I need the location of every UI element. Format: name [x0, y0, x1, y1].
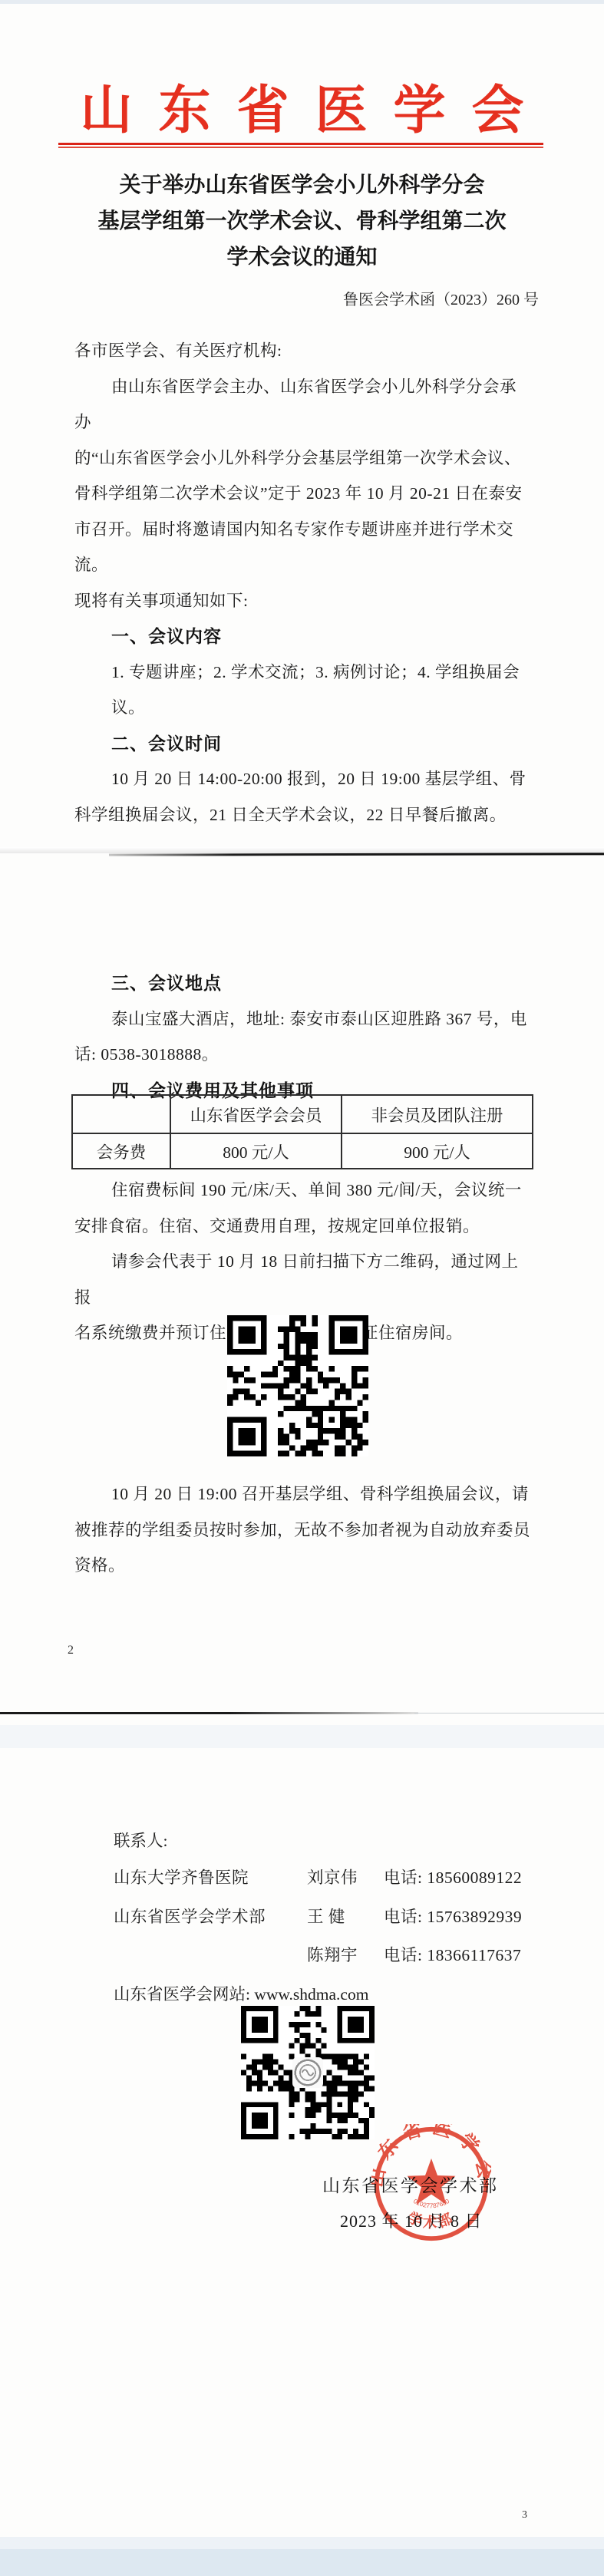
- salutation: 各市医学会、有关医疗机构:: [74, 333, 532, 369]
- document-title-line2: 基层学组第一次学术会议、骨科学组第二次: [0, 203, 604, 239]
- scan-tint-page3-top: [0, 1725, 604, 1748]
- document-number: 鲁医会学术函（2023）260 号: [0, 287, 539, 309]
- contact-phone: 电话: 15763892939: [384, 1904, 543, 1928]
- phone-number: 15763892939: [427, 1908, 522, 1926]
- paragraph-line: 10 月 20 日 14:00-20:00 报到，20 日 19:00 基层学组…: [74, 761, 532, 797]
- page1-body: 各市医学会、有关医疗机构: 由山东省医学会主办、山东省医学会小儿外科学分会承办 …: [74, 333, 532, 833]
- svg-text:学术部: 学术部: [405, 2209, 457, 2231]
- document-title-line3: 学术会议的通知: [0, 239, 604, 275]
- stamp-serial-number: 01027787680: [412, 2198, 451, 2210]
- emblem-icon: [292, 2057, 323, 2088]
- page2-page-number: 2: [68, 1644, 74, 1657]
- contact-row: 陈翔宇 电话: 18366117637: [114, 1942, 543, 1966]
- website-line: 山东省医学会网站: www.shdma.com: [114, 1981, 368, 2005]
- contact-phone: 电话: 18560089122: [384, 1865, 543, 1888]
- fee-table-row: 会务费 800 元/人 900 元/人: [72, 1133, 533, 1169]
- page3-page-number: 3: [522, 2509, 527, 2522]
- paragraph-line: 由山东省医学会主办、山东省医学会小儿外科学分会承办: [74, 369, 532, 440]
- fee-table-cell-nonmember-price: 900 元/人: [342, 1133, 533, 1169]
- fee-table: 山东省医学会会员 非会员及团队注册 会务费 800 元/人 900 元/人: [71, 1094, 533, 1169]
- stamp-bottom-text: 学术部: [405, 2209, 457, 2231]
- contact-name: 王 健: [307, 1904, 384, 1928]
- page2-body-upper: 三、会议地点 泰山宝盛大酒店，地址: 泰安市泰山区迎胜路 367 号，电 话: …: [74, 965, 532, 1108]
- stamp-star-icon: [408, 2159, 456, 2205]
- paragraph-line: 10 月 20 日 19:00 召开基层学组、骨科学组换届会议，请: [74, 1476, 532, 1512]
- paragraph-line: 话: 0538-3018888。: [74, 1037, 532, 1073]
- contacts-label: 联系人:: [114, 1828, 167, 1852]
- phone-number: 18560089122: [427, 1869, 522, 1887]
- svg-text:01027787680: 01027787680: [412, 2198, 451, 2210]
- notice-intro: 现将有关事项通知如下:: [74, 583, 532, 619]
- scan-edge-bottom: [0, 2549, 604, 2576]
- website-qr-code: [241, 2006, 375, 2139]
- fee-table-header-row: 山东省医学会会员 非会员及团队注册: [72, 1095, 533, 1133]
- document-title: 关于举办山东省医学会小儿外科学分会 基层学组第一次学术会议、骨科学组第二次 学术…: [0, 167, 604, 275]
- phone-number: 18366117637: [427, 1946, 521, 1964]
- section1-heading: 一、会议内容: [74, 618, 532, 655]
- fee-table-cell-member-price: 800 元/人: [170, 1133, 342, 1169]
- paragraph-line: 安排食宿。住宿、交通费用自理，按规定回单位报销。: [74, 1209, 532, 1245]
- official-red-stamp: 山东省医学会 学术部 01027787680: [371, 2124, 491, 2244]
- scan-edge-bottom-light: [0, 2537, 604, 2549]
- paragraph-line: 科学组换届会议，21 日全天学术会议，22 日早餐后撤离。: [74, 797, 532, 833]
- registration-qr-code: [227, 1315, 368, 1456]
- page2-body-lower: 10 月 20 日 19:00 召开基层学组、骨科学组换届会议，请 被推荐的学组…: [74, 1476, 532, 1584]
- contact-org: 山东省医学会学术部: [114, 1904, 307, 1928]
- contact-org: [114, 1942, 307, 1966]
- contact-org: 山东大学齐鲁医院: [114, 1865, 307, 1888]
- page-separator-2-faint: [414, 1713, 604, 1713]
- contact-row: 山东大学齐鲁医院 刘京伟 电话: 18560089122: [114, 1865, 543, 1888]
- section2-heading: 二、会议时间: [74, 726, 532, 762]
- paragraph-line: 住宿费标间 190 元/床/天、单间 380 元/间/天，会议统一: [74, 1173, 532, 1209]
- qr-center-logo: [292, 2057, 323, 2088]
- phone-label: 电话:: [384, 1869, 427, 1887]
- paragraph-line: 的“山东省医学会小儿外科学分会基层学组第一次学术会议、: [74, 440, 532, 477]
- paragraph-line: 请参会代表于 10 月 18 日前扫描下方二维码，通过网上报: [74, 1244, 532, 1315]
- letterhead-red-rule: [58, 143, 543, 145]
- contact-name: 陈翔宇: [307, 1942, 384, 1966]
- phone-label: 电话:: [384, 1908, 427, 1926]
- paragraph-line: 资格。: [74, 1548, 532, 1584]
- contact-name: 刘京伟: [307, 1865, 384, 1888]
- paragraph-line: 市召开。届时将邀请国内知名专家作专题讲座并进行学术交流。: [74, 512, 532, 583]
- paragraph-line: 被推荐的学组委员按时参加，无故不参加者视为自动放弃委员: [74, 1512, 532, 1549]
- fee-table-cell-label: 会务费: [72, 1133, 170, 1169]
- document-title-line1: 关于举办山东省医学会小儿外科学分会: [0, 167, 604, 203]
- letterhead-org-title: 山东省医学会: [0, 69, 604, 143]
- letterhead-red-rule-thin: [58, 147, 543, 148]
- fee-table-header-member: 山东省医学会会员: [170, 1095, 342, 1133]
- contact-row: 山东省医学会学术部 王 健 电话: 15763892939: [114, 1904, 543, 1928]
- scanned-document: 山东省医学会 关于举办山东省医学会小儿外科学分会 基层学组第一次学术会议、骨科学…: [0, 0, 604, 2576]
- section3-heading: 三、会议地点: [74, 965, 532, 1001]
- fee-table-header-nonmember: 非会员及团队注册: [342, 1095, 533, 1133]
- fee-table-header-empty: [72, 1095, 170, 1133]
- page-separator-1: [109, 853, 604, 856]
- page-separator-2: [0, 1712, 418, 1714]
- section1-body: 1. 专题讲座；2. 学术交流；3. 病例讨论；4. 学组换届会议。: [74, 655, 532, 726]
- phone-label: 电话:: [384, 1946, 427, 1964]
- contact-phone: 电话: 18366117637: [384, 1942, 543, 1966]
- registration-qr-code-pattern: [227, 1315, 368, 1456]
- paragraph-line: 泰山宝盛大酒店，地址: 泰安市泰山区迎胜路 367 号，电: [74, 1001, 532, 1037]
- scan-edge-top: [0, 0, 604, 4]
- paragraph-line: 骨科学组第二次学术会议”定于 2023 年 10 月 20-21 日在泰安: [74, 476, 532, 512]
